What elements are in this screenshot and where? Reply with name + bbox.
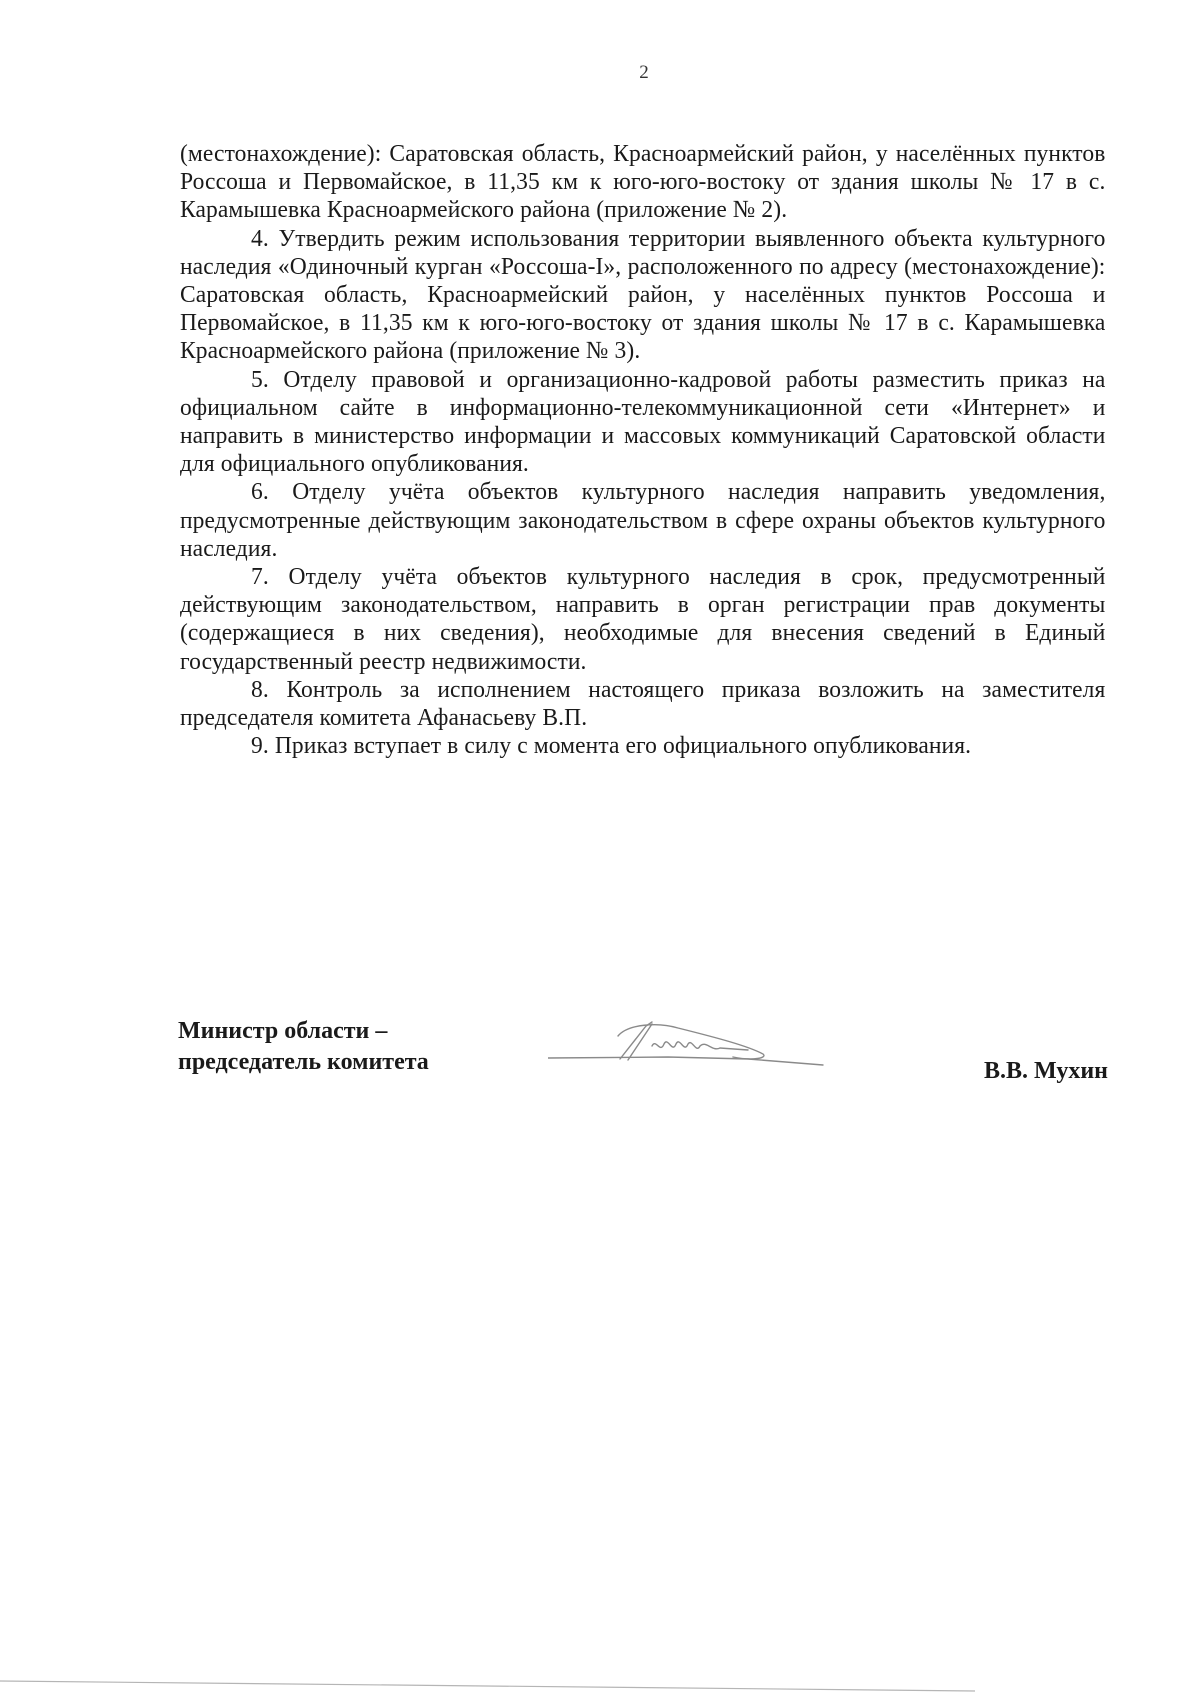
paragraph-4: 4. Утвердить режим использования террито… <box>180 225 1105 366</box>
paragraph-7: 7. Отделу учёта объектов культурного нас… <box>180 563 1105 676</box>
paragraph-6: 6. Отделу учёта объектов культурного нас… <box>180 478 1105 563</box>
page-number: 2 <box>0 62 1200 84</box>
signatory-title: Министр области – председатель комитета <box>178 1016 429 1078</box>
paragraph-8: 8. Контроль за исполнением настоящего пр… <box>180 676 1105 732</box>
signatory-title-line-1: Министр области – <box>178 1016 429 1047</box>
signature-block: Министр области – председатель комитета … <box>178 1016 1108 1106</box>
signatory-title-line-2: председатель комитета <box>178 1047 429 1078</box>
paragraph-5: 5. Отделу правовой и организационно-кадр… <box>180 366 1105 479</box>
document-body: (местонахождение): Саратовская область, … <box>180 140 1105 760</box>
paragraph-3-continued: (местонахождение): Саратовская область, … <box>180 140 1105 225</box>
scan-artifact-line <box>0 1680 975 1692</box>
paragraph-9: 9. Приказ вступает в силу с момента его … <box>180 732 1105 760</box>
handwritten-signature-icon <box>548 1016 878 1076</box>
signatory-name: В.В. Мухин <box>984 1058 1108 1085</box>
